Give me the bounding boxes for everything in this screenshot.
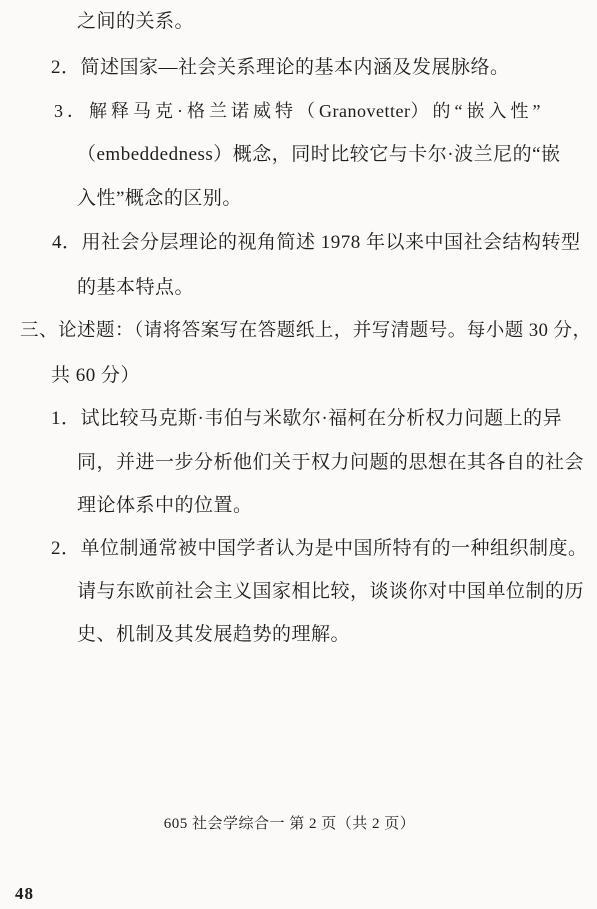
book-page-number: 48 [15, 884, 34, 904]
essay-section-header-line1: 三、论述题：（请将答案写在答题纸上，并写清题号。每小题 30 分， [20, 319, 592, 343]
short-answer-q1-continuation: 之间的关系。 [77, 10, 194, 34]
page-footer-label: 605 社会学综合一 第 2 页（共 2 页） [0, 812, 579, 833]
short-answer-q3-line1: 3．解释马克·格兰诺威特（Granovetter）的“嵌入性” [54, 99, 544, 123]
short-answer-q4-line1: 4．用社会分层理论的视角简述 1978 年以来中国社会结构转型 [52, 231, 581, 255]
short-answer-q3-line2: （embeddedness）概念，同时比较它与卡尔·波兰尼的“嵌 [77, 143, 561, 167]
short-answer-q4-line2: 的基本特点。 [77, 276, 194, 300]
scanned-exam-page: 之间的关系。 2．简述国家—社会关系理论的基本内涵及发展脉络。 3．解释马克·格… [0, 0, 597, 909]
q3-line1-chinese-post: ）的“嵌入性” [410, 101, 544, 121]
q3-line1-chinese-pre: 3．解释马克·格兰诺威特（ [54, 101, 319, 121]
essay-q2-line1: 2．单位制通常被中国学者认为是中国所特有的一种组织制度。 [51, 537, 588, 561]
essay-q1-line3: 理论体系中的位置。 [77, 494, 253, 518]
essay-q2-line2: 请与东欧前社会主义国家相比较，谈谈你对中国单位制的历 [77, 580, 584, 604]
essay-q2-line3: 史、机制及其发展趋势的理解。 [77, 623, 350, 647]
essay-q1-line1: 1．试比较马克斯·韦伯与米歇尔·福柯在分析权力问题上的异 [51, 407, 562, 431]
essay-q1-line2: 同，并进一步分析他们关于权力问题的思想在其各自的社会 [77, 451, 584, 475]
short-answer-q3-line3: 入性”概念的区别。 [77, 187, 242, 211]
short-answer-q2: 2．简述国家—社会关系理论的基本内涵及发展脉络。 [51, 56, 510, 80]
q3-line1-latin-term: Granovetter [319, 101, 410, 121]
essay-section-header-line2: 共 60 分） [51, 364, 140, 388]
